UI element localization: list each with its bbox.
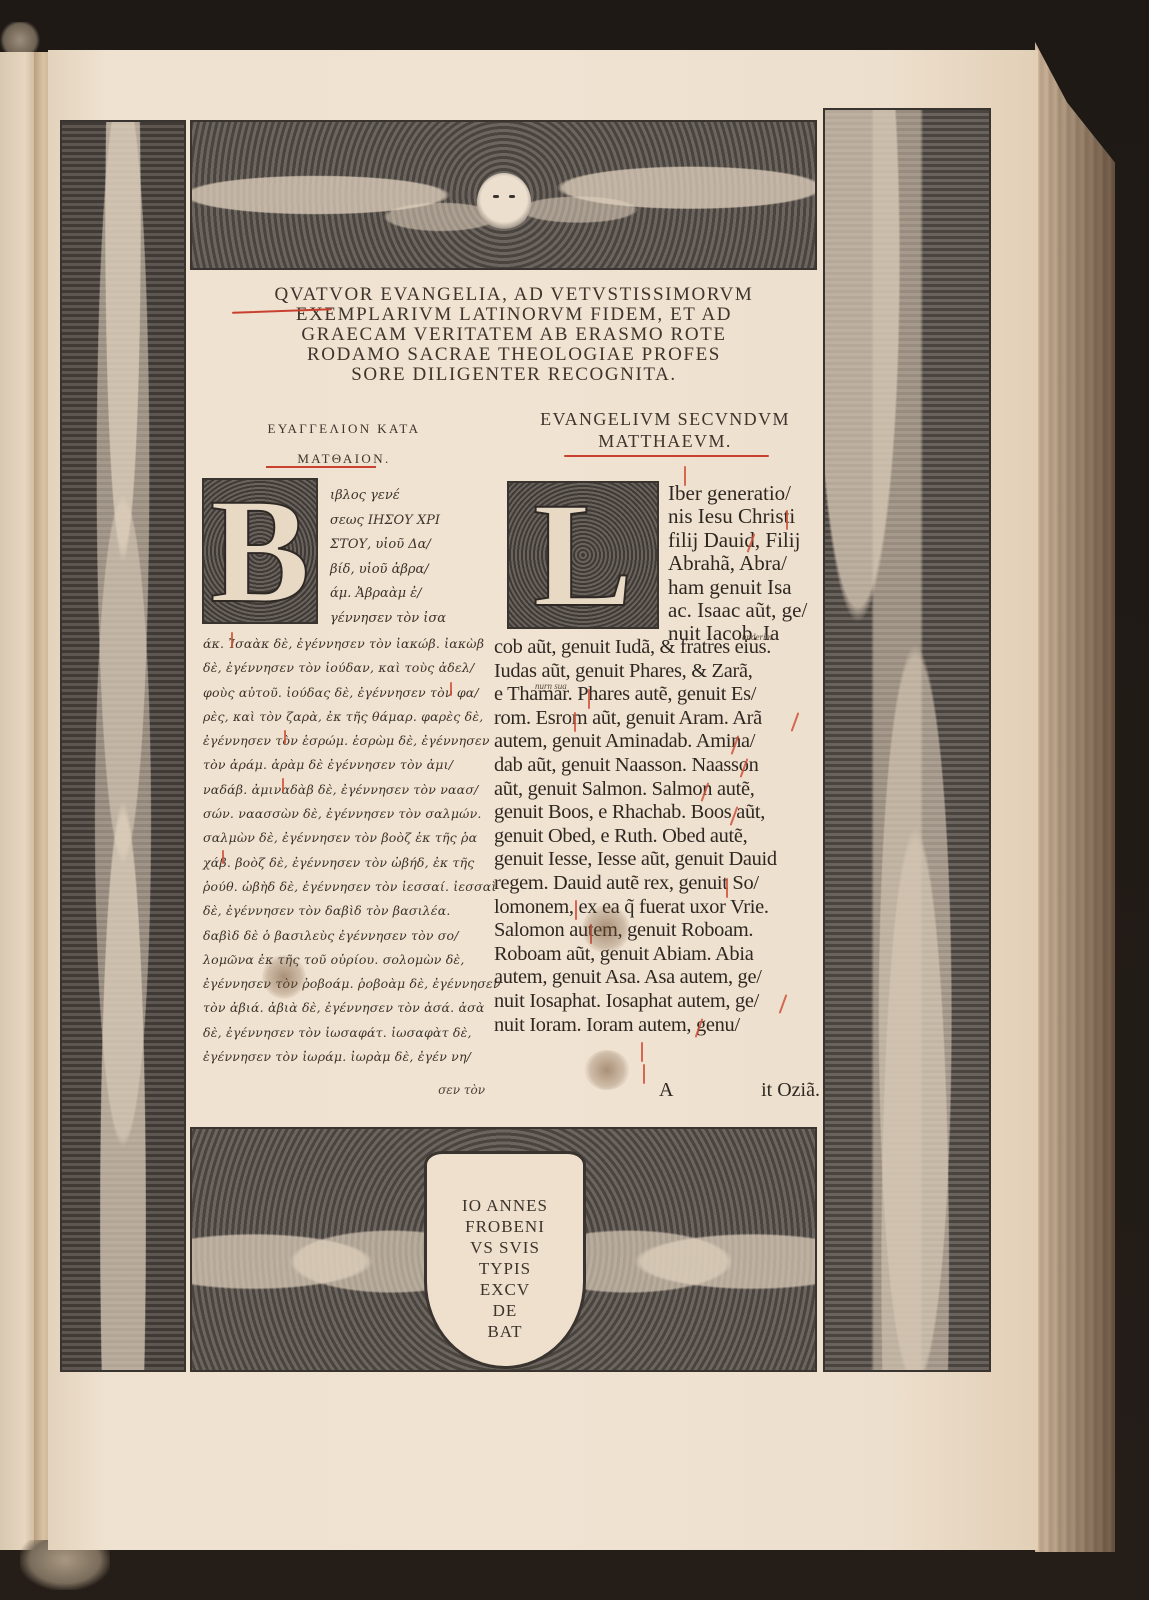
greek-line: ἐγέννησεν τὸν ἰωράμ. ἰωρὰμ δὲ, ἐγέν νη/ xyxy=(203,1045,488,1069)
signature-and-catchword: A it Oziã. xyxy=(655,1079,820,1102)
greek-line: τὸν ἀβιά. ἀβιὰ δὲ, ἐγέννησεν τὸν ἀσά. ἀσ… xyxy=(203,996,488,1020)
cherub-head-icon xyxy=(477,173,531,231)
woodcut-left-border xyxy=(60,120,186,1372)
greek-last-line: σεν τὸν xyxy=(405,1083,485,1097)
latin-line: rom. Esrom aũt, genuit Aram. Arã xyxy=(494,707,830,731)
rubric-underline xyxy=(564,455,769,457)
latin-line: Abrahã, Abra/ xyxy=(668,552,828,575)
shield-line: EXCV xyxy=(480,1279,530,1300)
latin-text-body: cob aũt, genuit Iudã, & fratres eius. Iu… xyxy=(494,636,830,1037)
rubric-mark xyxy=(450,682,452,696)
greek-line: άκ. Ἰσαὰκ δὲ, ἐγέννησεν τὸν ἰακώβ. ἰακὼβ xyxy=(203,632,488,656)
latin-heading: EVANGELIVM SECVNDVM MATTHAEVM. xyxy=(512,408,818,452)
rubric-mark xyxy=(222,850,224,864)
latin-line: Roboam aũt, genuit Abiam. Abia xyxy=(494,943,830,967)
rubric-mark xyxy=(726,878,728,898)
latin-text-beside-initial: Iber generatio/ nis Iesu Christi filij D… xyxy=(668,482,828,646)
greek-line: χάβ. βοὸζ δὲ, ἐγέννησεν τὸν ὠβήδ, ἐκ τῆς xyxy=(203,851,488,875)
greek-line: λομῶνα ἐκ τῆς τοῦ οὐρίου. σολομὼν δὲ, xyxy=(203,948,488,972)
latin-heading-line: MATTHAEVM. xyxy=(512,430,818,452)
greek-heading-line: ΕΥΑΓΓΕΛΙΟΝ ΚΑΤΑ xyxy=(226,414,462,444)
woodcut-right-border xyxy=(823,108,991,1372)
book-title: QVATVOR EVANGELIA, AD VETVSTISSIMORVM EX… xyxy=(224,285,804,385)
greek-line: ιβλος γενέ xyxy=(330,484,490,509)
woodcut-bottom-border: IO ANNES FROBENI VS SVIS TYPIS EXCV DE B… xyxy=(190,1127,817,1372)
rubric-mark xyxy=(284,730,286,744)
rubric-mark xyxy=(641,1042,643,1062)
greek-line: σεως ΙΗΣΟΥ ΧΡΙ xyxy=(330,509,490,534)
facing-page-edge xyxy=(0,52,36,1550)
latin-line: dab aũt, genuit Naasson. Naasson xyxy=(494,754,830,778)
rubric-mark xyxy=(684,466,686,486)
latin-line: regem. Dauid autẽ rex, genuit So/ xyxy=(494,872,830,896)
shield-line: IO ANNES xyxy=(462,1195,548,1216)
greek-line: δὲ, ἐγέννησεν τὸν ἰωσαφάτ. ἰωσαφὰτ δὲ, xyxy=(203,1021,488,1045)
book-photograph: IO ANNES FROBENI VS SVIS TYPIS EXCV DE B… xyxy=(0,0,1149,1600)
greek-line: δὲ, ἐγέννησεν τὸν δαβὶδ τὸν βασιλέα. xyxy=(203,899,488,923)
rubric-mark xyxy=(786,510,788,530)
greek-line: βίδ, υἱοῦ ἀβρα/ xyxy=(330,558,490,583)
greek-line: γέννησεν τὸν ἰσα xyxy=(330,607,490,632)
signature-mark: A xyxy=(655,1079,673,1102)
stain xyxy=(262,955,306,999)
decorated-initial-l: L xyxy=(507,481,659,629)
greek-line: φοὺς αὐτοῦ. ἰούδας δὲ, ἐγέννησεν τὸν φα/ xyxy=(203,681,488,705)
latin-line: autem, genuit Aminadab. Amina/ xyxy=(494,730,830,754)
latin-line: nuit Ioram. Ioram autem, genu/ xyxy=(494,1014,830,1038)
greek-line: δαβὶδ δὲ ὁ βασιλεὺς ἐγέννησεν τὸν σο/ xyxy=(203,924,488,948)
title-line: QVATVOR EVANGELIA, AD VETVSTISSIMORVM xyxy=(224,285,804,305)
greek-line: ῥούθ. ὠβὴδ δὲ, ἐγέννησεν τὸν ἰεσσαί. ἰεσ… xyxy=(203,875,488,899)
initial-letter: L xyxy=(533,480,633,630)
latin-line: aũt, genuit Salmon. Salmon autẽ, xyxy=(494,778,830,802)
greek-line: ἐγέννησεν τὸν ῥοβοάμ. ῥοβοὰμ δὲ, ἐγέννησ… xyxy=(203,972,488,996)
catchword: it Oziã. xyxy=(761,1079,820,1102)
greek-heading: ΕΥΑΓΓΕΛΙΟΝ ΚΑΤΑ ΜΑΤΘΑΙΟΝ. xyxy=(226,414,462,474)
printer-shield: IO ANNES FROBENI VS SVIS TYPIS EXCV DE B… xyxy=(424,1151,586,1369)
shield-line: VS SVIS xyxy=(470,1237,540,1258)
title-line: RODAMO SACRAE THEOLOGIAE PROFES xyxy=(224,345,804,365)
initial-letter: B xyxy=(210,476,310,626)
greek-line: ΣΤΟΥ, υἱοῦ Δα/ xyxy=(330,533,490,558)
greek-line: άμ. Ἀβραὰμ ἐ/ xyxy=(330,582,490,607)
title-line: GRAECAM VERITATEM AB ERASMO ROTE xyxy=(224,325,804,345)
stain xyxy=(582,905,630,953)
rubric-mark xyxy=(575,900,577,920)
latin-line: Iber generatio/ xyxy=(668,482,828,505)
fore-edge xyxy=(1035,42,1115,1552)
latin-line: Salomon autem, genuit Roboam. xyxy=(494,919,830,943)
greek-line: σαλμὼν δὲ, ἐγέννησεν τὸν βοὸζ ἐκ τῆς ῥα xyxy=(203,826,488,850)
greek-line: ναδάβ. ἀμιναδὰβ δὲ, ἐγέννησεν τὸν ναασ/ xyxy=(203,778,488,802)
latin-line: ham genuit Isa xyxy=(668,576,828,599)
handwritten-note: nurn sua xyxy=(535,681,567,691)
latin-line: cob aũt, genuit Iudã, & fratres eius. xyxy=(494,636,830,660)
greek-text-beside-initial: ιβλος γενέ σεως ΙΗΣΟΥ ΧΡΙ ΣΤΟΥ, υἱοῦ Δα/… xyxy=(330,484,490,631)
rubric-mark xyxy=(574,712,576,732)
title-line: SORE DILIGENTER RECOGNITA. xyxy=(224,365,804,385)
latin-heading-line: EVANGELIVM SECVNDVM xyxy=(512,408,818,430)
greek-line: ἐγέννησεν τὸν ἑσρώμ. ἑσρὼμ δὲ, ἐγέννησεν xyxy=(203,729,488,753)
handwritten-note: underim xyxy=(742,632,772,642)
shield-line: TYPIS xyxy=(479,1258,531,1279)
latin-line: genuit Obed, e Ruth. Obed autẽ, xyxy=(494,825,830,849)
rubric-mark xyxy=(588,689,590,709)
greek-line: σών. ναασσὼν δὲ, ἐγέννησεν τὸν σαλμών. xyxy=(203,802,488,826)
greek-text-body: άκ. Ἰσαὰκ δὲ, ἐγέννησεν τὸν ἰακώβ. ἰακὼβ… xyxy=(203,632,488,1069)
woodcut-top-border xyxy=(190,120,817,270)
latin-line: autem, genuit Asa. Asa autem, ge/ xyxy=(494,966,830,990)
latin-line: genuit Iesse, Iesse aũt, genuit Dauid xyxy=(494,848,830,872)
latin-line: ac. Isaac aũt, ge/ xyxy=(668,599,828,622)
rubric-mark xyxy=(643,1064,645,1084)
stain xyxy=(584,1050,630,1090)
shield-line: FROBENI xyxy=(465,1216,545,1237)
decorated-initial-b: B xyxy=(202,478,318,624)
shield-line: BAT xyxy=(487,1321,522,1342)
latin-line: genuit Boos, e Rhachab. Boos aũt, xyxy=(494,801,830,825)
rubric-mark xyxy=(282,778,284,792)
greek-line: ρὲς, καὶ τὸν ζαρὰ, ἐκ τῆς θάμαρ. φαρὲς δ… xyxy=(203,705,488,729)
latin-line: lomonem, ex ea q̃ fuerat uxor Vrie. xyxy=(494,896,830,920)
greek-line: δὲ, ἐγέννησεν τὸν ἰούδαν, καὶ τοὺς ἀδελ/ xyxy=(203,656,488,680)
latin-line: Iudas aũt, genuit Phares, & Zarã, xyxy=(494,660,830,684)
greek-line: τὸν ἀράμ. ἀρὰμ δὲ ἐγέννησεν τὸν ἀμι/ xyxy=(203,753,488,777)
shield-line: DE xyxy=(493,1300,518,1321)
rubric-mark xyxy=(231,632,233,648)
latin-line: nis Iesu Christi xyxy=(668,505,828,528)
